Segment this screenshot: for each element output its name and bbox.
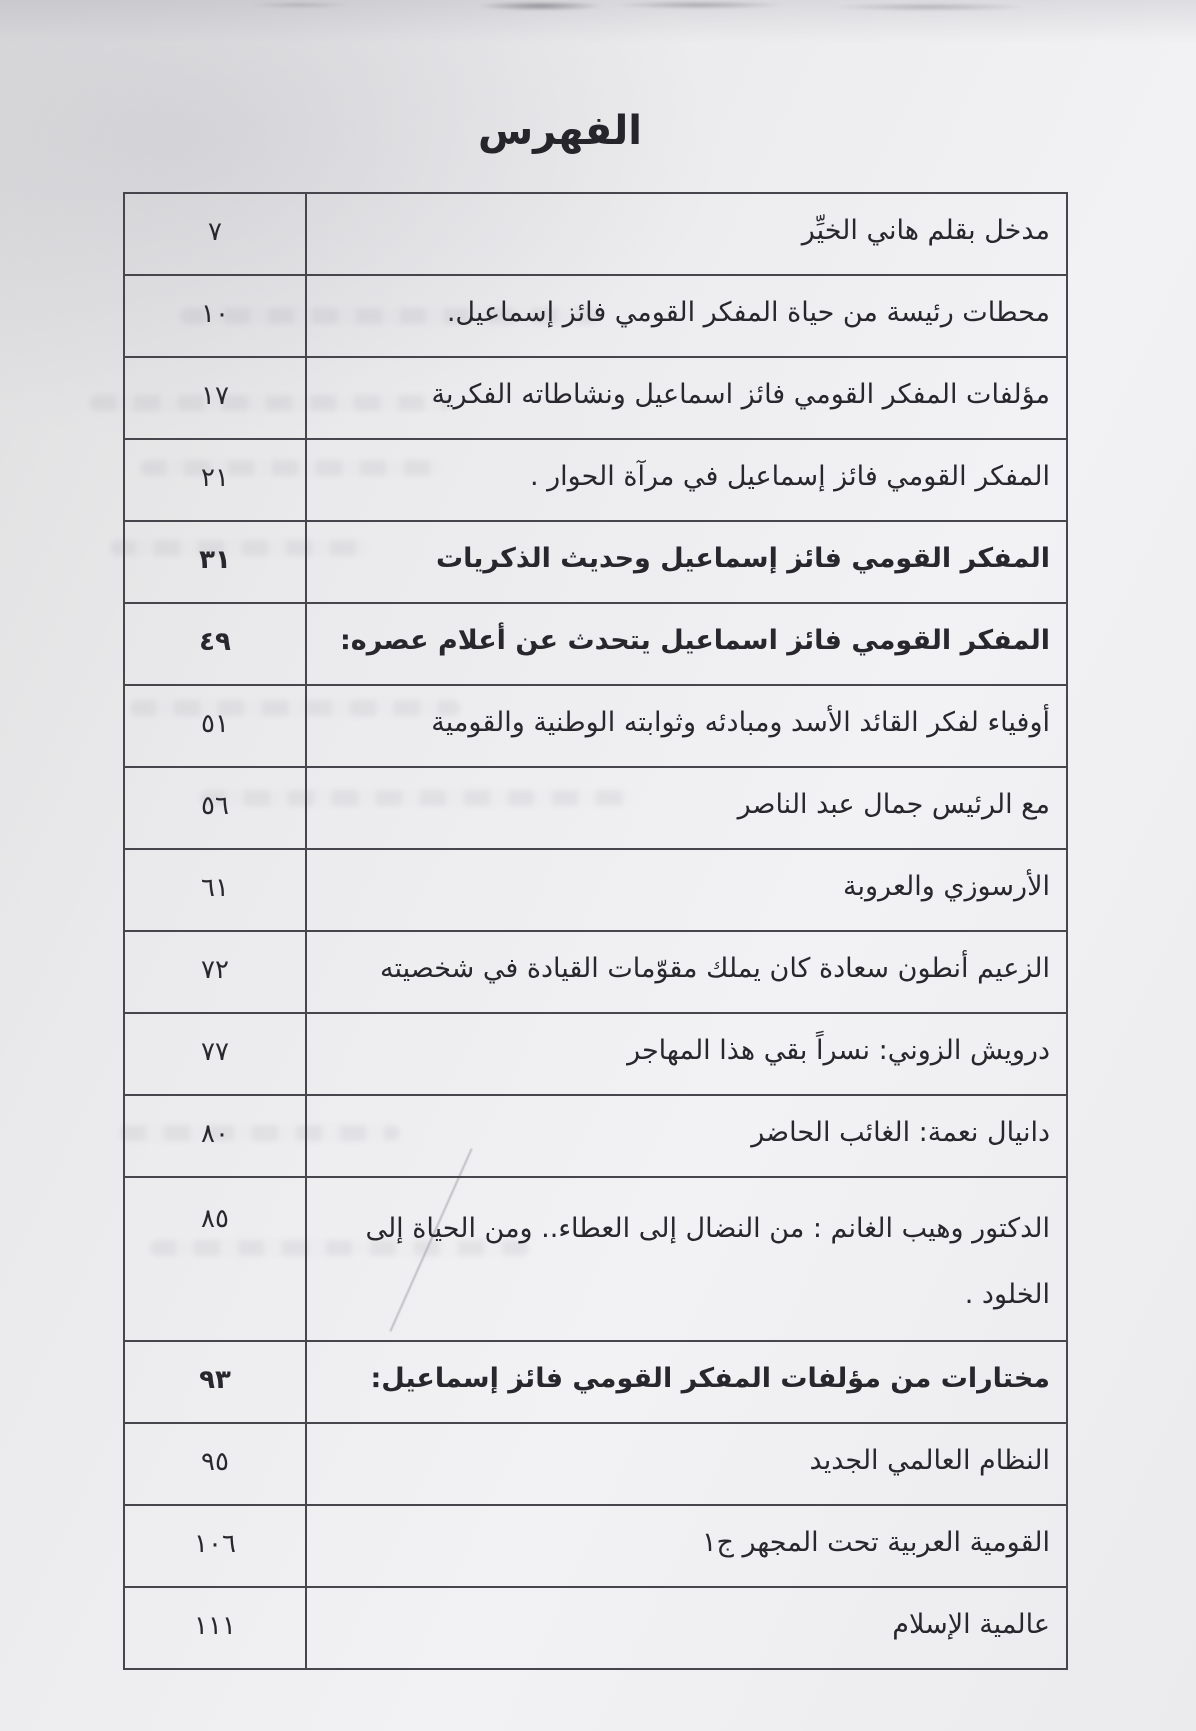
toc-entry-page-number: ١٧ [124, 357, 306, 439]
toc-row: النظام العالمي الجديد ٩٥ [124, 1423, 1067, 1505]
toc-row: القومية العربية تحت المجهر ج١ ١٠٦ [124, 1505, 1067, 1587]
toc-row: عالمية الإسلام ١١١ [124, 1587, 1067, 1669]
toc-entry-title: المفكر القومي فائز اسماعيل يتحدث عن أعلا… [306, 603, 1067, 685]
toc-entry-title: مع الرئيس جمال عبد الناصر [306, 767, 1067, 849]
toc-entry-page-number: ٣١ [124, 521, 306, 603]
toc-entry-page-number: ٥١ [124, 685, 306, 767]
toc-entry-title: عالمية الإسلام [306, 1587, 1067, 1669]
toc-entry-page-number: ٢١ [124, 439, 306, 521]
toc-entry-title: درويش الزوني: نسراً بقي هذا المهاجر [306, 1013, 1067, 1095]
toc-entry-page-number: ١٠٦ [124, 1505, 306, 1587]
toc-row: الزعيم أنطون سعادة كان يملك مقوّمات القي… [124, 931, 1067, 1013]
toc-row: مع الرئيس جمال عبد الناصر ٥٦ [124, 767, 1067, 849]
toc-row: المفكر القومي فائز إسماعيل في مرآة الحوا… [124, 439, 1067, 521]
toc-row: الأرسوزي والعروبة ٦١ [124, 849, 1067, 931]
toc-entry-title: الأرسوزي والعروبة [306, 849, 1067, 931]
scanner-noise [0, 0, 1196, 22]
toc-entry-title: مختارات من مؤلفات المفكر القومي فائز إسم… [306, 1341, 1067, 1423]
toc-row: مؤلفات المفكر القومي فائز اسماعيل ونشاطا… [124, 357, 1067, 439]
toc-entry-page-number: ٩٣ [124, 1341, 306, 1423]
toc-entry-title: المفكر القومي فائز إسماعيل وحديث الذكريا… [306, 521, 1067, 603]
toc-row: محطات رئيسة من حياة المفكر القومي فائز إ… [124, 275, 1067, 357]
toc-entry-page-number: ٧ [124, 193, 306, 275]
toc-entry-page-number: ٥٦ [124, 767, 306, 849]
scanned-page: الفهرس مدخل بقلم هاني الخيِّر ٧ محطات رئ… [0, 0, 1196, 1731]
toc-entry-page-number: ٧٧ [124, 1013, 306, 1095]
toc-entry-page-number: ٨٥ [124, 1177, 306, 1341]
toc-row: درويش الزوني: نسراً بقي هذا المهاجر ٧٧ [124, 1013, 1067, 1095]
toc-row: أوفياء لفكر القائد الأسد ومبادئه وثوابته… [124, 685, 1067, 767]
toc-entry-title: الدكتور وهيب الغانم : من النضال إلى العط… [306, 1177, 1067, 1341]
toc-entry-page-number: ٨٠ [124, 1095, 306, 1177]
toc-row: مدخل بقلم هاني الخيِّر ٧ [124, 193, 1067, 275]
toc-entry-title: المفكر القومي فائز إسماعيل في مرآة الحوا… [306, 439, 1067, 521]
toc-row: المفكر القومي فائز اسماعيل يتحدث عن أعلا… [124, 603, 1067, 685]
toc-row: المفكر القومي فائز إسماعيل وحديث الذكريا… [124, 521, 1067, 603]
toc-body: مدخل بقلم هاني الخيِّر ٧ محطات رئيسة من … [124, 193, 1067, 1669]
toc-entry-title: دانيال نعمة: الغائب الحاضر [306, 1095, 1067, 1177]
toc-entry-page-number: ٦١ [124, 849, 306, 931]
toc-entry-title: أوفياء لفكر القائد الأسد ومبادئه وثوابته… [306, 685, 1067, 767]
toc-entry-page-number: ٤٩ [124, 603, 306, 685]
toc-entry-title: مدخل بقلم هاني الخيِّر [306, 193, 1067, 275]
toc-entry-title: القومية العربية تحت المجهر ج١ [306, 1505, 1067, 1587]
toc-entry-page-number: ١١١ [124, 1587, 306, 1669]
toc-entry-page-number: ٧٢ [124, 931, 306, 1013]
contents-heading: الفهرس [123, 108, 997, 154]
toc-row: الدكتور وهيب الغانم : من النضال إلى العط… [124, 1177, 1067, 1341]
toc-table: مدخل بقلم هاني الخيِّر ٧ محطات رئيسة من … [123, 192, 1068, 1670]
toc-row: دانيال نعمة: الغائب الحاضر ٨٠ [124, 1095, 1067, 1177]
toc-entry-title: محطات رئيسة من حياة المفكر القومي فائز إ… [306, 275, 1067, 357]
toc-row: مختارات من مؤلفات المفكر القومي فائز إسم… [124, 1341, 1067, 1423]
toc-entry-title: مؤلفات المفكر القومي فائز اسماعيل ونشاطا… [306, 357, 1067, 439]
toc-entry-page-number: ٩٥ [124, 1423, 306, 1505]
toc-entry-title: الزعيم أنطون سعادة كان يملك مقوّمات القي… [306, 931, 1067, 1013]
toc-entry-page-number: ١٠ [124, 275, 306, 357]
toc-entry-title: النظام العالمي الجديد [306, 1423, 1067, 1505]
